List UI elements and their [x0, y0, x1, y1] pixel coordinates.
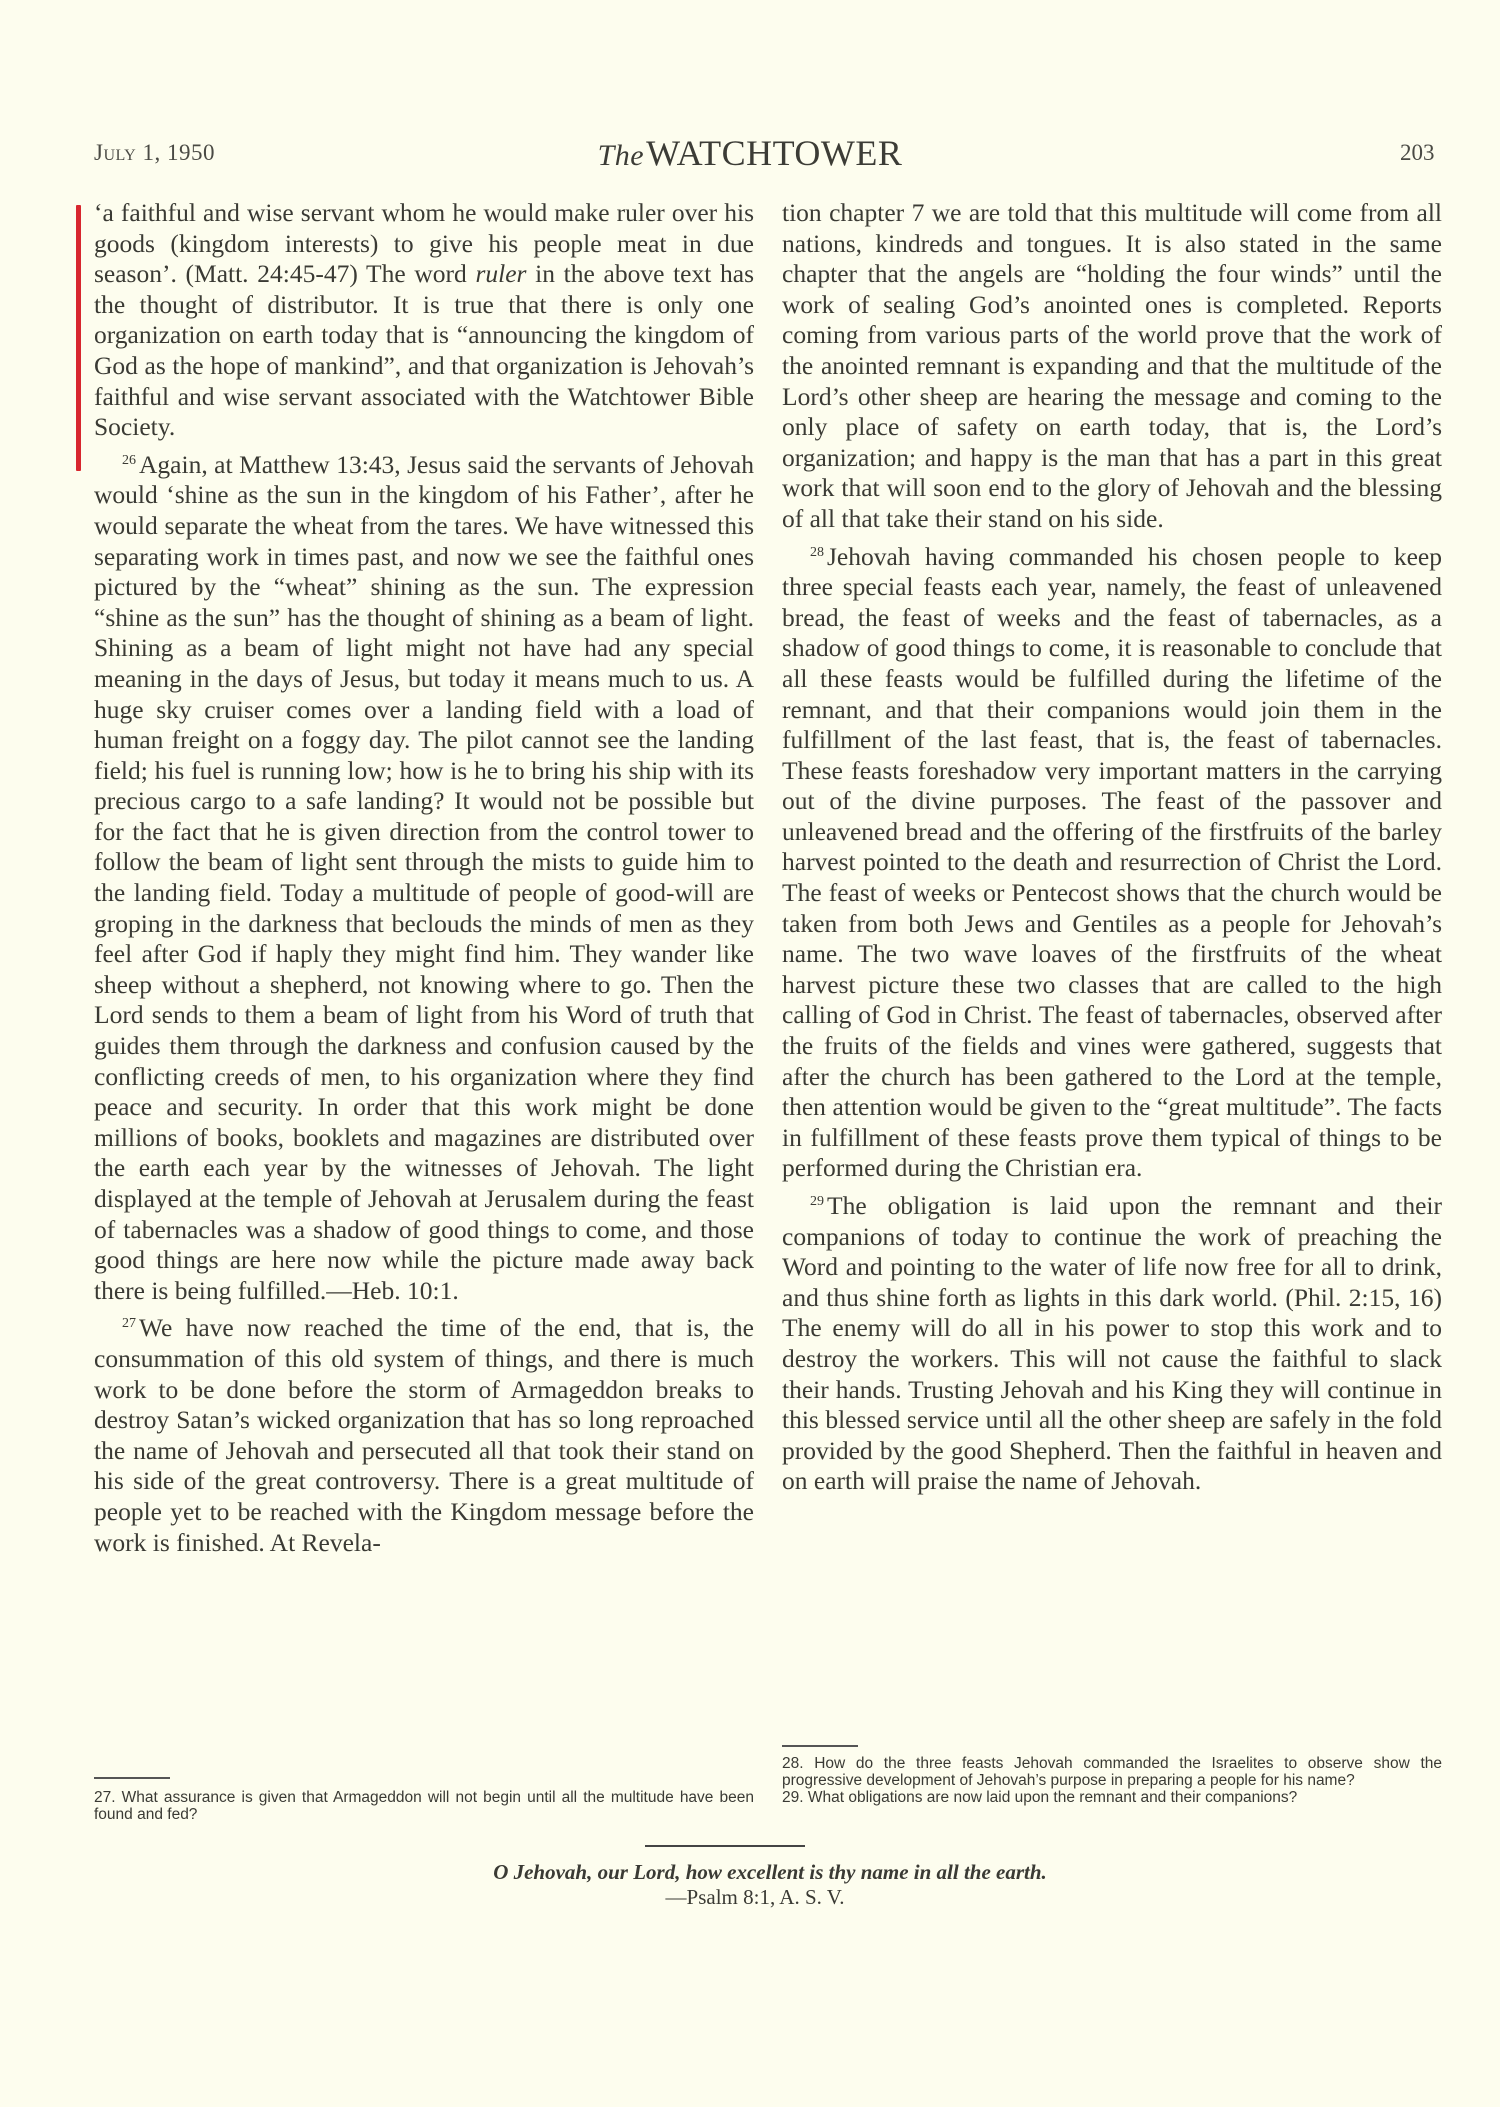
paragraph-28: 28Jehovah having commanded his chosen pe… [782, 538, 1442, 1184]
paragraph-number: 28 [810, 545, 824, 560]
paragraph-number: 29 [810, 1194, 824, 1209]
masthead-prefix: The [598, 139, 645, 172]
paragraph-number: 26 [122, 453, 136, 468]
masthead-name: WATCHTOWER [646, 133, 902, 173]
left-footnotes: 27. What assurance is given that Armaged… [94, 1789, 754, 1823]
footnote-divider [782, 1745, 858, 1747]
closing-scripture-quote: O Jehovah, our Lord, how excellent is th… [0, 1860, 1500, 1910]
study-question-29: 29. What obligations are now laid upon t… [782, 1789, 1442, 1806]
italic-word-ruler: ruler [475, 259, 526, 288]
paragraph-text: Jehovah having commanded his chosen peop… [782, 542, 1442, 1183]
paragraph-27-continuation: tion chapter 7 we are told that this mul… [782, 198, 1442, 535]
paragraph-27: 27We have now reached the time of the en… [94, 1309, 754, 1558]
paragraph-25-continuation: ‘a faithful and wise servant whom he wou… [94, 198, 754, 443]
footnote-divider [94, 1777, 170, 1779]
paragraph-29: 29The obligation is laid upon the remnan… [782, 1187, 1442, 1497]
page-header: July 1, 1950 TheWATCHTOWER 203 [0, 136, 1500, 176]
paragraph-text: We have now reached the time of the end,… [94, 1313, 754, 1556]
quote-citation: —Psalm 8:1, A. S. V. [10, 1885, 1500, 1910]
study-question-28: 28. How do the three feasts Jehovah comm… [782, 1755, 1442, 1789]
paragraph-text: Again, at Matthew 13:43, Jesus said the … [94, 450, 754, 1305]
study-question-27: 27. What assurance is given that Armaged… [94, 1789, 754, 1823]
closing-divider [645, 1845, 805, 1847]
change-bar-marker [76, 205, 81, 471]
page-number: 203 [1400, 140, 1435, 166]
left-column: ‘a faithful and wise servant whom he wou… [94, 198, 754, 1558]
right-footnotes: 28. How do the three feasts Jehovah comm… [782, 1753, 1442, 1806]
paragraph-26: 26Again, at Matthew 13:43, Jesus said th… [94, 446, 754, 1307]
right-column: tion chapter 7 we are told that this mul… [782, 198, 1442, 1497]
quote-text: O Jehovah, our Lord, how excellent is th… [40, 1860, 1500, 1885]
masthead-title: TheWATCHTOWER [0, 132, 1500, 174]
paragraph-text: The obligation is laid upon the remnant … [782, 1191, 1442, 1495]
paragraph-number: 27 [122, 1316, 136, 1331]
